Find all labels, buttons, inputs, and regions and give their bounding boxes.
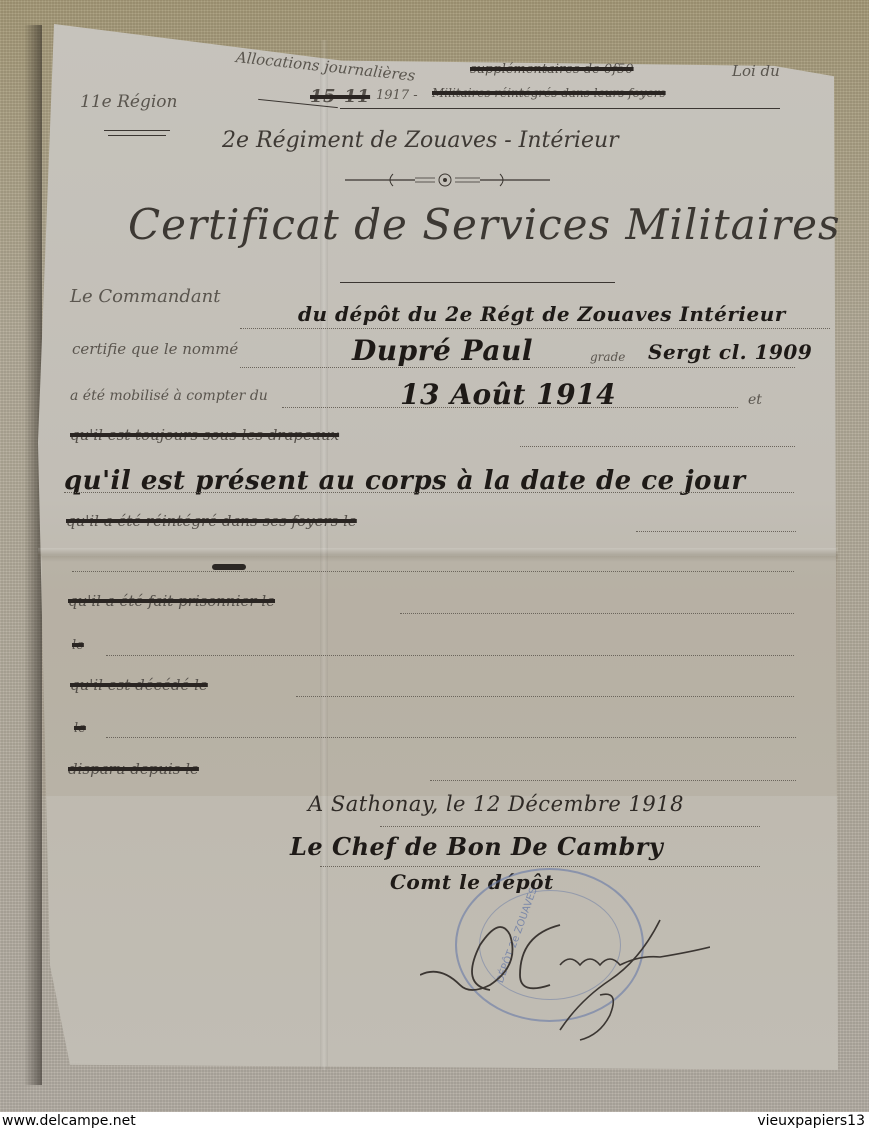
certifies-label: certifie que le nommé: [72, 340, 238, 358]
law-date-struck: 15-11: [310, 86, 370, 107]
seller-name: vieuxpapiers13: [757, 1113, 865, 1129]
delcampe-link[interactable]: www.delcampe.net: [2, 1113, 136, 1129]
header-rule: [340, 108, 780, 109]
allocation-struck-text: supplémentaires de 0f50: [470, 62, 634, 77]
struck-line-le-2: le: [74, 721, 86, 736]
region-label: 11e Région: [80, 92, 177, 112]
place-and-date: A Sathonay, le 12 Décembre 1918: [308, 792, 684, 816]
struck-line-deceased: qu'il est décédé le: [70, 676, 208, 694]
line-rule-4: [520, 446, 795, 447]
struck-line-le-1: le: [72, 638, 84, 653]
commander-label: Le Commandant: [70, 286, 220, 307]
line-rule-6: [636, 531, 796, 532]
struck-line-missing: disparu depuis le: [68, 760, 199, 778]
title-underline: [340, 282, 615, 283]
struck-line-reintegrated: qu'il a été réintégré dans ses foyers le: [66, 512, 357, 530]
grade-label: grade: [590, 350, 625, 364]
soldier-grade: Sergt cl. 1909: [648, 340, 812, 364]
line-rule-2: [240, 367, 795, 368]
struck-line-under-flags: qu'il est toujours sous les drapeaux: [70, 426, 339, 444]
struck-line-prisoner: qu'il a été fait prisonnier le: [68, 592, 275, 610]
line-rule-8: [400, 613, 794, 614]
and-label: et: [748, 392, 762, 408]
mobilized-label: a été mobilisé à compter du: [70, 388, 268, 404]
ornament-divider: [345, 168, 550, 196]
watermark-footer: www.delcampe.net vieuxpapiers13: [0, 1112, 869, 1132]
law-label: Loi du: [732, 62, 780, 80]
signatory-rule: [320, 866, 760, 867]
law-year: 1917 -: [376, 88, 418, 103]
region-underline-2: [108, 135, 166, 136]
line-rule-10: [296, 696, 794, 697]
line-rule-9: [106, 655, 794, 656]
line-rule-5: [64, 492, 794, 493]
signatory-name: Le Chef de Bon De Cambry: [290, 832, 663, 861]
handwritten-signature: [420, 905, 710, 1049]
certificate-title: Certificat de Services Militaires: [128, 200, 841, 249]
horizontal-fold: [38, 548, 838, 562]
region-underline: [104, 130, 170, 131]
line-rule-1: [240, 328, 830, 329]
date-rule: [380, 826, 760, 827]
line-rule-12: [430, 780, 796, 781]
struck-blot-1: [212, 564, 246, 570]
line-rule-3: [282, 407, 738, 408]
commander-unit-value: du dépôt du 2e Régt de Zouaves Intérieur: [298, 302, 786, 326]
line-rule-11: [106, 737, 796, 738]
soldier-name: Dupré Paul: [352, 334, 533, 367]
line-rule-7: [72, 571, 794, 572]
allocation-struck-text-2: Militaires réintégrés dans leurs foyers: [432, 86, 666, 100]
regiment-title: 2e Régiment de Zouaves - Intérieur: [222, 128, 619, 153]
